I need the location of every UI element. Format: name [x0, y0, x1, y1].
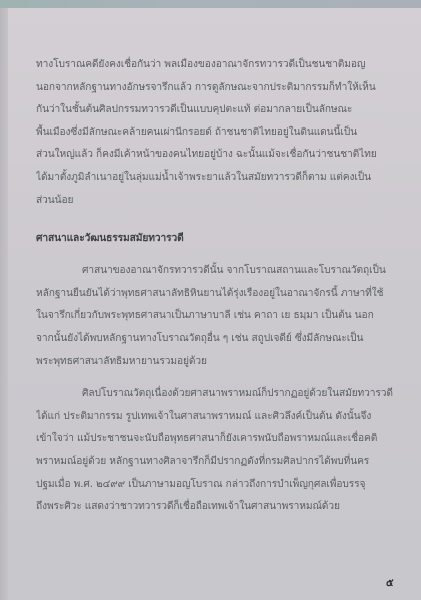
paragraph-brahmanism: ศิลปโบราณวัตถุเนื่องด้วยศาสนาพราหมณ์ก็ปร…: [36, 383, 398, 519]
text-line: ทางโบราณคดียังคงเชื่อกันว่า พลเมืองของอา…: [36, 54, 398, 77]
text-line: นอกจากหลักฐานทางอักษรจารึกแล้ว การดูลักษ…: [36, 77, 398, 100]
text-line: ส่วนใหญ่แล้ว ก็คงมีเค้าหน้าของคนไทยอยู่บ…: [36, 144, 398, 167]
document-page: ทางโบราณคดียังคงเชื่อกันว่า พลเมืองของอา…: [8, 8, 421, 600]
page-number: ๕: [386, 576, 394, 591]
paragraph-spacer: [36, 373, 398, 383]
text-line: จากนั้นยังได้พบหลักฐานทางโบราณวัตถุอื่น …: [36, 328, 398, 351]
text-line: ได้มาตั้งภูมิลำเนาอยู่ในลุ่มแม่น้ำเจ้าพร…: [36, 167, 398, 190]
text-line: พระพุทธศาสนาลัทธิมหายานรวมอยู่ด้วย: [36, 351, 398, 374]
text-line: ศิลปโบราณวัตถุเนื่องด้วยศาสนาพราหมณ์ก็ปร…: [36, 383, 398, 406]
background-edge: [0, 0, 421, 8]
text-line: ในจารึกเกี่ยวกับพระพุทธศาสนาเป็นภาษาบาลี…: [36, 305, 398, 328]
text-line: ได้แก่ ประติมากรรม รูปเทพเจ้าในศาสนาพราห…: [36, 406, 398, 429]
text-line: ศาสนาของอาณาจักรทวารวดีนั้น จากโบราณสถาน…: [36, 260, 398, 283]
text-line: พราหมณ์อยู่ด้วย หลักฐานทางศิลาจารึกก็มีป…: [36, 451, 398, 474]
text-line: ปฐมเมื่อ พ.ศ. ๒๔๙๙ เป็นภาษามอญโบราณ กล่า…: [36, 474, 398, 497]
paragraph-ethnicity: ทางโบราณคดียังคงเชื่อกันว่า พลเมืองของอา…: [36, 54, 398, 212]
text-line: หลักฐานยืนยันได้ว่าพุทธศาสนาลัทธิหินยานไ…: [36, 283, 398, 306]
text-line: กันว่าในชั้นต้นศิลปกรรมทวารวดีเป็นแบบคุป…: [36, 99, 398, 122]
text-line: เข้าใจว่า แม้ประชาชนจะนับถือพุทธศาสนาก็ย…: [36, 428, 398, 451]
text-line: ถึงพระศิวะ แสดงว่าชาวทวารวดีก็เชื่อถือเท…: [36, 496, 398, 519]
page-content: ทางโบราณคดียังคงเชื่อกันว่า พลเมืองของอา…: [36, 54, 398, 519]
text-line: ส่วนน้อย: [36, 190, 398, 213]
text-line: พื้นเมืองซึ่งมีลักษณะคล้ายคนเผ่านีกรอยด์…: [36, 122, 398, 145]
paragraph-buddhism: ศาสนาของอาณาจักรทวารวดีนั้น จากโบราณสถาน…: [36, 260, 398, 373]
section-heading: ศาสนาและวัฒนธรรมสมัยทวารวดี: [36, 228, 398, 250]
